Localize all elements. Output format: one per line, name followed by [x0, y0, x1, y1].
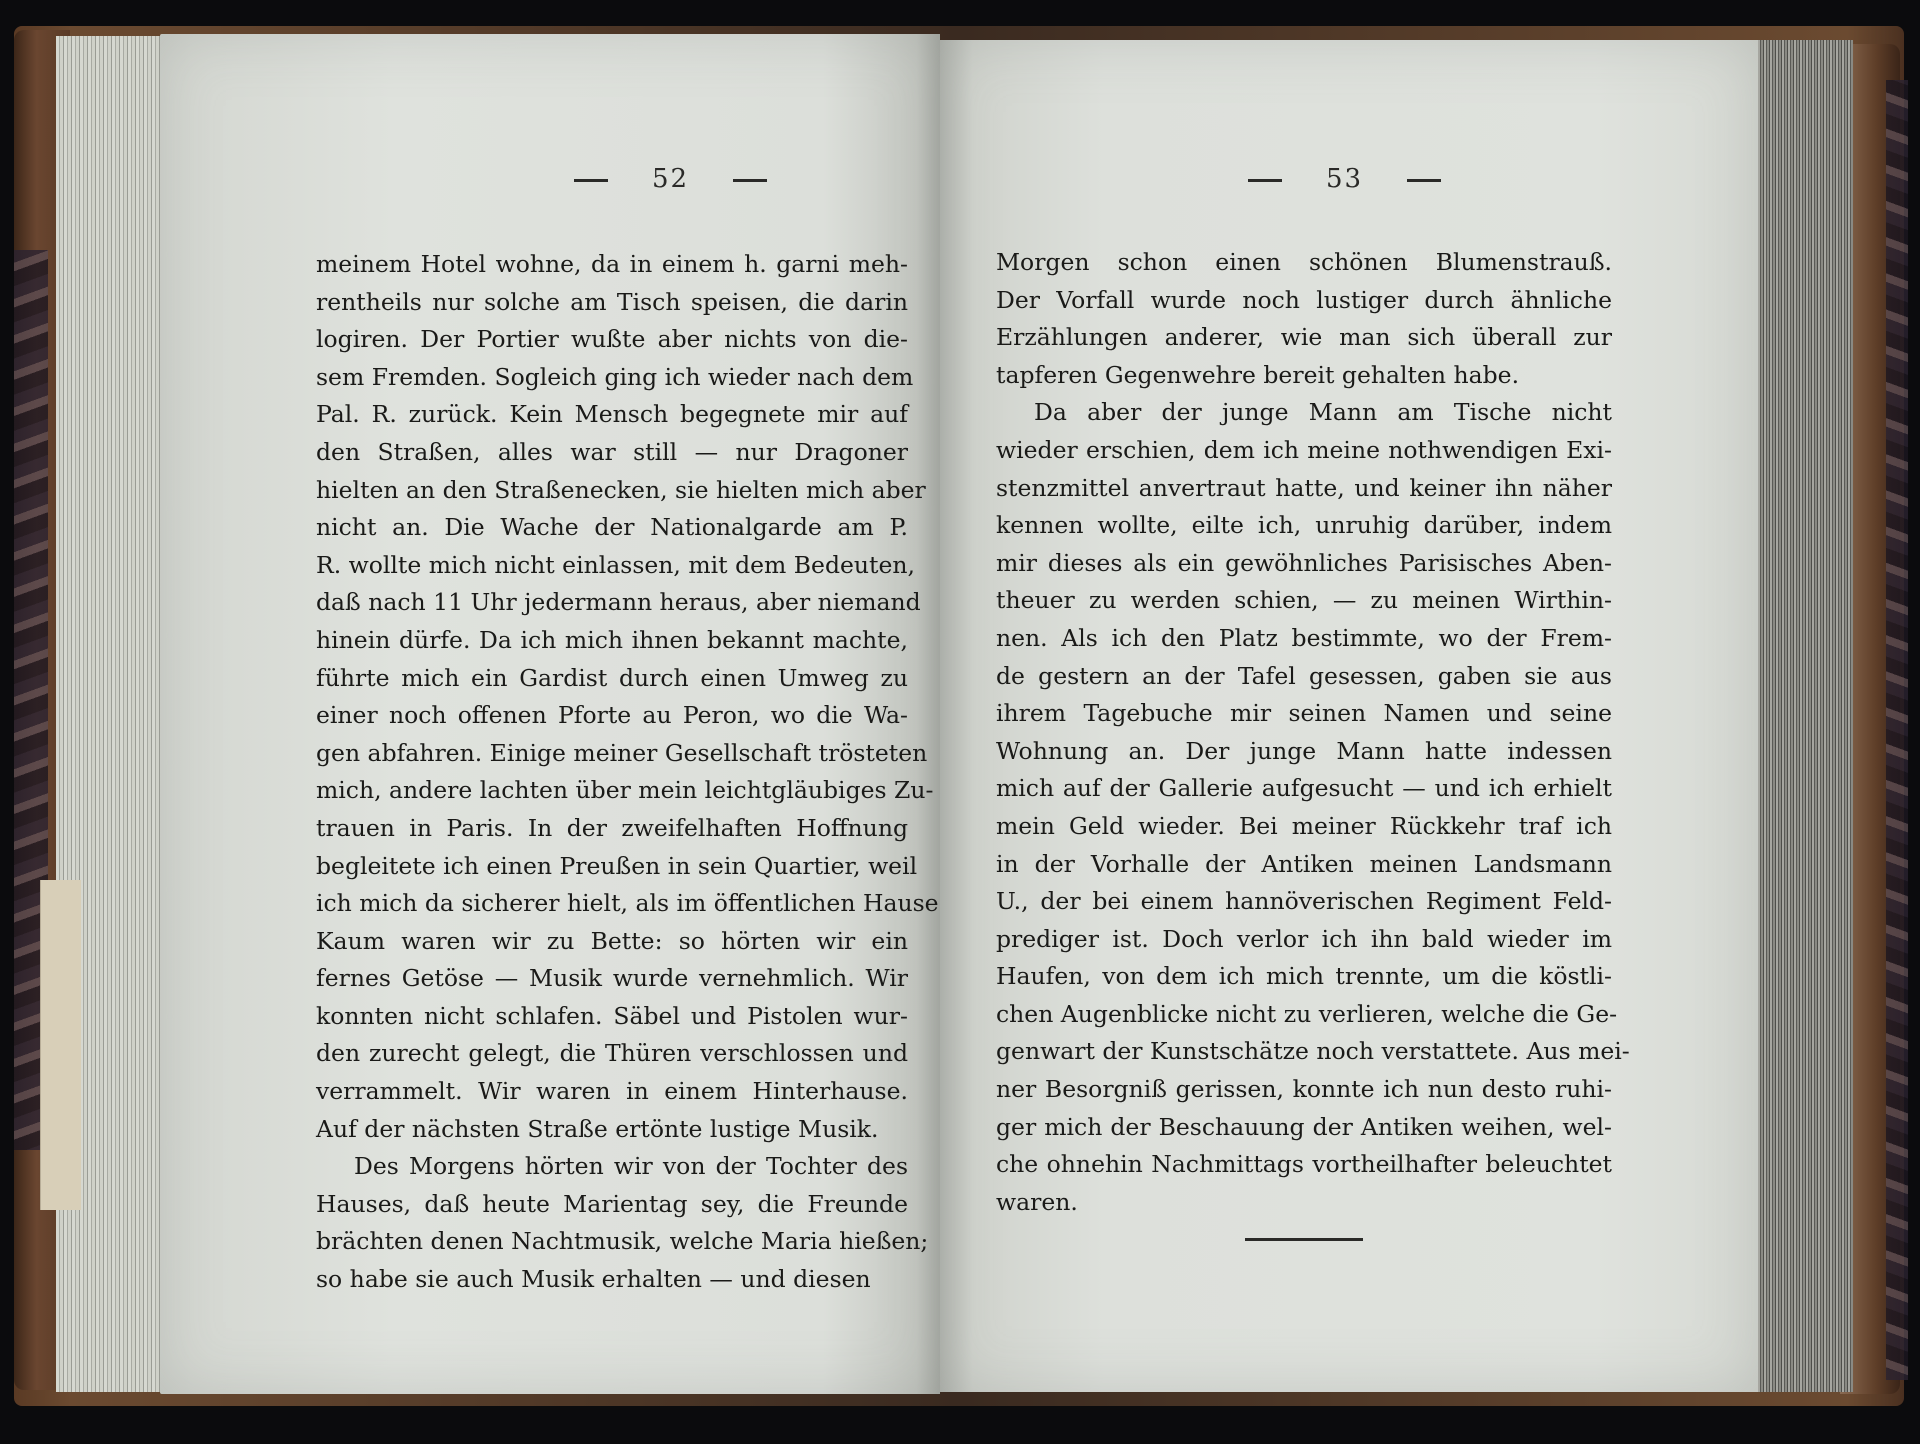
- page-number-text: 52: [652, 164, 689, 194]
- text-line: Kaum waren wir zu Bette: so hörten wir e…: [316, 923, 908, 961]
- page-edges-right: [1755, 40, 1853, 1392]
- text-line: mein Geld wieder. Bei meiner Rückkehr tr…: [996, 808, 1612, 846]
- text-line: Erzählungen anderer, wie man sich überal…: [996, 319, 1612, 357]
- text-line: mich auf der Gallerie aufgesucht — und i…: [996, 770, 1612, 808]
- text-line: den zurecht gelegt, die Thüren verschlos…: [316, 1035, 908, 1073]
- marbled-endpaper-right: [1886, 80, 1908, 1380]
- text-line: konnten nicht schlafen. Säbel und Pistol…: [316, 998, 908, 1036]
- folio-dash: [1407, 179, 1441, 182]
- text-line: brächten denen Nachtmusik, welche Maria …: [316, 1223, 908, 1261]
- folio-dash: [733, 179, 767, 182]
- text-line: in der Vorhalle der Antiken meinen Lands…: [996, 846, 1612, 884]
- text-line: Morgen schon einen schönen Blumenstrauß.: [996, 244, 1612, 282]
- text-line: nen. Als ich den Platz bestimmte, wo der…: [996, 620, 1612, 658]
- text-line: tapferen Gegenwehre bereit gehalten habe…: [996, 357, 1612, 395]
- text-line: verrammelt. Wir waren in einem Hinterhau…: [316, 1073, 908, 1111]
- text-line: nicht an. Die Wache der Nationalgarde am…: [316, 509, 908, 547]
- text-line: trauen in Paris. In der zweifelhaften Ho…: [316, 810, 908, 848]
- end-rule: [1245, 1238, 1363, 1241]
- text-line: Haufen, von dem ich mich trennte, um die…: [996, 958, 1612, 996]
- text-line: wieder erschien, dem ich meine nothwendi…: [996, 432, 1612, 470]
- text-line: Hauses, daß heute Marientag sey, die Fre…: [316, 1186, 908, 1224]
- text-line: meinem Hotel wohne, da in einem h. garni…: [316, 246, 908, 284]
- text-line: den Straßen, alles war still — nur Drago…: [316, 434, 908, 472]
- right-page-body: Morgen schon einen schönen Blumenstrauß.…: [996, 244, 1612, 1221]
- left-page-body: meinem Hotel wohne, da in einem h. garni…: [316, 246, 908, 1299]
- text-line: kennen wollte, eilte ich, unruhig darübe…: [996, 507, 1612, 545]
- text-line: so habe sie auch Musik erhalten — und di…: [316, 1261, 908, 1299]
- text-line: rentheils nur solche am Tisch speisen, d…: [316, 284, 908, 322]
- text-line: de gestern an der Tafel gesessen, gaben …: [996, 658, 1612, 696]
- text-line: waren.: [996, 1184, 1612, 1222]
- text-line: sem Fremden. Sogleich ging ich wieder na…: [316, 359, 908, 397]
- text-line: mir dieses als ein gewöhnliches Parisisc…: [996, 545, 1612, 583]
- page-number-left: 52: [530, 164, 811, 194]
- text-line: ich mich da sicherer hielt, als im öffen…: [316, 885, 908, 923]
- text-line: Da aber der junge Mann am Tische nicht: [996, 394, 1612, 432]
- text-line: daß nach 11 Uhr jedermann heraus, aber n…: [316, 584, 908, 622]
- text-line: Des Morgens hörten wir von der Tochter d…: [316, 1148, 908, 1186]
- text-line: che ohnehin Nachmittags vortheilhafter b…: [996, 1146, 1612, 1184]
- text-line: R. wollte mich nicht einlassen, mit dem …: [316, 547, 908, 585]
- text-line: genwart der Kunstschätze noch verstattet…: [996, 1033, 1612, 1071]
- text-line: hinein dürfe. Da ich mich ihnen bekannt …: [316, 622, 908, 660]
- text-line: Der Vorfall wurde noch lustiger durch äh…: [996, 282, 1612, 320]
- text-line: ihrem Tagebuche mir seinen Namen und sei…: [996, 695, 1612, 733]
- right-page: 53 Morgen schon einen schönen Blumenstra…: [940, 40, 1758, 1392]
- text-line: logiren. Der Portier wußte aber nichts v…: [316, 321, 908, 359]
- text-line: hielten an den Straßenecken, sie hielten…: [316, 472, 908, 510]
- left-page: 52 meinem Hotel wohne, da in einem h. ga…: [160, 34, 940, 1394]
- text-line: stenzmittel anvertraut hatte, und keiner…: [996, 470, 1612, 508]
- text-line: prediger ist. Doch verlor ich ihn bald w…: [996, 921, 1612, 959]
- text-line: führte mich ein Gardist durch einen Umwe…: [316, 660, 908, 698]
- text-line: fernes Getöse — Musik wurde vernehmlich.…: [316, 960, 908, 998]
- text-line: mich, andere lachten über mein leichtglä…: [316, 772, 908, 810]
- text-line: begleitete ich einen Preußen in sein Qua…: [316, 848, 908, 886]
- text-line: theuer zu werden schien, — zu meinen Wir…: [996, 582, 1612, 620]
- text-line: einer noch offenen Pforte au Peron, wo d…: [316, 697, 908, 735]
- text-line: ger mich der Beschauung der Antiken weih…: [996, 1109, 1612, 1147]
- folio-dash: [1248, 179, 1282, 182]
- inserted-slip: [40, 880, 81, 1210]
- text-line: U., der bei einem hannöverischen Regimen…: [996, 883, 1612, 921]
- folio-dash: [574, 179, 608, 182]
- page-number-text: 53: [1326, 164, 1363, 194]
- page-number-right: 53: [1204, 164, 1485, 194]
- text-line: Wohnung an. Der junge Mann hatte indesse…: [996, 733, 1612, 771]
- text-line: gen abfahren. Einige meiner Gesellschaft…: [316, 735, 908, 773]
- text-line: ner Besorgniß gerissen, konnte ich nun d…: [996, 1071, 1612, 1109]
- text-line: Auf der nächsten Straße ertönte lustige …: [316, 1111, 908, 1149]
- text-line: chen Augenblicke nicht zu verlieren, wel…: [996, 996, 1612, 1034]
- text-line: Pal. R. zurück. Kein Mensch begegnete mi…: [316, 396, 908, 434]
